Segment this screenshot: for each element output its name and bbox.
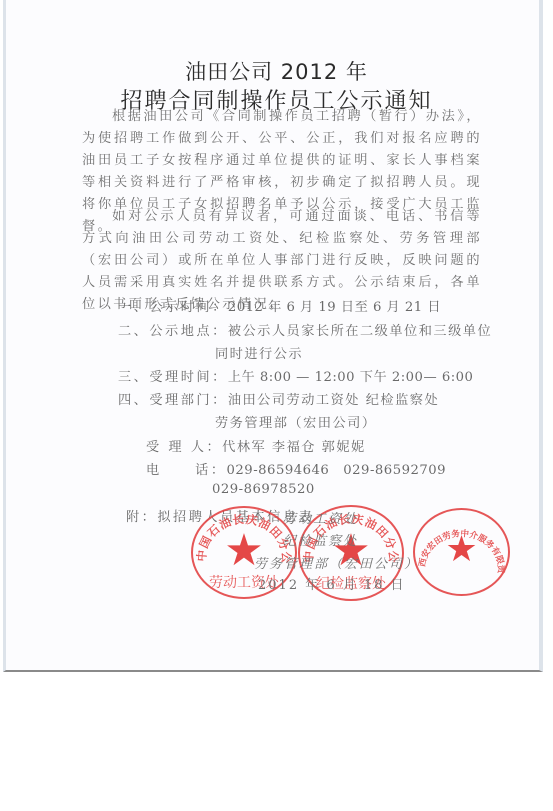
signature-labor-wages: 劳动工资处 [283, 508, 358, 527]
item-handling-time: 三、受理时间：上午 8:00 — 12:00 下午 2:00— 6:00 [118, 366, 473, 385]
item-value: 2012 年 6 月 19 日至 6 月 21 日 [228, 300, 441, 315]
item-value: 被公示人员家长所在二级单位和三级单位 [228, 324, 492, 339]
phones-label: 电 话： [146, 463, 227, 478]
item-label: 二、公示地点： [118, 324, 228, 339]
handlers-label: 受 理 人： [146, 440, 222, 455]
item-value-cont: 劳务管理部（宏田公司） [215, 416, 377, 431]
item-publicity-location: 二、公示地点：被公示人员家长所在二级单位和三级单位 [118, 320, 492, 339]
phones-line: 电 话：029-86594646029-86592709 [146, 459, 446, 478]
item-value: 油田公司劳动工资处 纪检监察处 [228, 393, 439, 408]
item-handling-dept: 四、受理部门：油田公司劳动工资处 纪检监察处 [118, 389, 439, 408]
stamp-ring-text: 西安宏田劳务中介服务有限责任公司 [415, 510, 508, 594]
item-value-cont: 同时进行公示 [215, 347, 303, 362]
item-publicity-location-cont: 同时进行公示 [215, 343, 303, 362]
signature-discipline: 纪检监察处 [283, 530, 358, 549]
svg-text:西安宏田劳务中介服务有限责任公司: 西安宏田劳务中介服务有限责任公司 [415, 510, 507, 574]
handlers-value: 代林军 李福仓 郭妮妮 [222, 440, 366, 455]
item-label: 四、受理部门： [118, 393, 228, 408]
item-label: 三、受理时间： [118, 370, 228, 385]
item-handling-dept-cont: 劳务管理部（宏田公司） [215, 412, 377, 431]
signature-date: 2012 年 6 月 18 日 [258, 574, 406, 593]
title-line-1: 油田公司 2012 年 [0, 56, 553, 86]
item-publicity-time: 一、公示时间：2012 年 6 月 19 日至 6 月 21 日 [118, 296, 441, 315]
phone-2: 029-86592709 [343, 463, 446, 478]
phone-3: 029-86978520 [212, 482, 315, 497]
handlers-line: 受 理 人：代林军 李福仓 郭妮妮 [146, 436, 366, 455]
item-label: 一、公示时间： [118, 300, 228, 315]
phone-1: 029-86594646 [227, 463, 330, 478]
phone-3-line: 029-86978520 [212, 482, 315, 497]
item-value: 上午 8:00 — 12:00 下午 2:00— 6:00 [228, 370, 474, 385]
stamp-hongtian-company: ★ 西安宏田劳务中介服务有限责任公司 [413, 508, 510, 596]
signature-labor-mgmt: 劳务管理部（宏田公司） [254, 553, 419, 572]
